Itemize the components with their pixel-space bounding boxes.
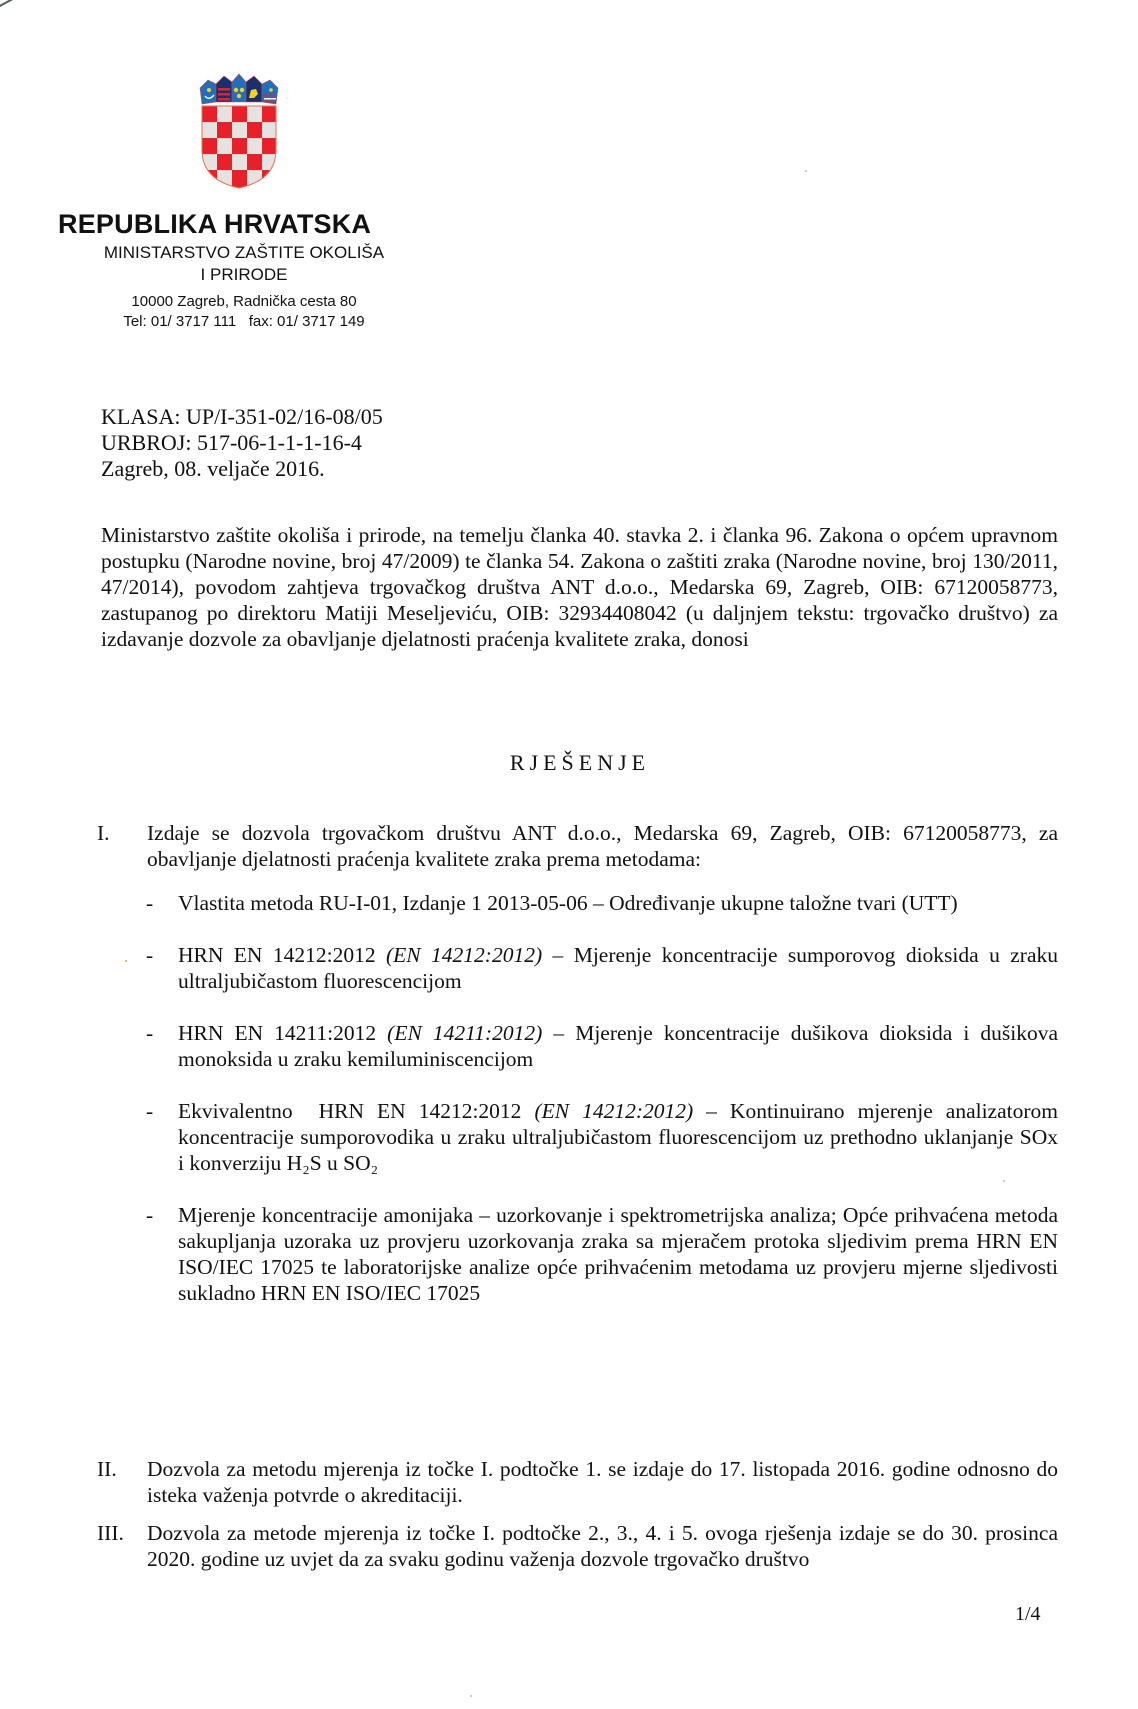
list-bullet: - (146, 890, 153, 916)
point-number: I. (97, 820, 110, 846)
point-number: III. (97, 1520, 124, 1546)
point-number: II. (97, 1456, 117, 1482)
scan-speck (470, 1695, 472, 1697)
intro-paragraph: Ministarstvo zaštite okoliša i prirode, … (101, 522, 1058, 652)
scan-speck (125, 960, 127, 962)
point-text: Dozvola za metodu mjerenja iz točke I. p… (147, 1456, 1058, 1508)
list-item: - HRN EN 14211:2012 (EN 14211:2012) – Mj… (146, 1020, 1058, 1072)
ministry-name-line1: MINISTARSTVO ZAŠTITE OKOLIŠA (60, 242, 420, 264)
method-standard: (EN 14212:2012) (534, 1099, 693, 1123)
list-item: - Ekvivalentno HRN EN 14212:2012 (EN 142… (146, 1098, 1058, 1176)
scan-speck (1003, 1180, 1005, 1182)
method-text: Vlastita metoda RU-I-01, Izdanje 1 2013-… (178, 891, 958, 915)
country-name: REPUBLIKA HRVATSKA (50, 208, 420, 240)
scan-pen-mark (0, 0, 33, 10)
klasa: KLASA: UP/I-351-02/16-08/05 (101, 404, 383, 430)
list-bullet: - (146, 1202, 153, 1228)
method-standard: (EN 14212:2012) (386, 943, 542, 967)
ministry-name-line2: I PRIRODE (60, 264, 420, 286)
place-date: Zagreb, 08. veljače 2016. (101, 456, 383, 482)
letterhead: REPUBLIKA HRVATSKA MINISTARSTVO ZAŠTITE … (60, 208, 420, 332)
method-text: HRN EN 14211:2012 (178, 1021, 387, 1045)
point-i: I. Izdaje se dozvola trgovačkom društvu … (97, 820, 1058, 872)
ministry-contact: Tel: 01/ 3717 111 fax: 01/ 3717 149 (60, 312, 420, 332)
coat-of-arms-icon (194, 70, 284, 190)
point-ii: II. Dozvola za metodu mjerenja iz točke … (97, 1456, 1058, 1508)
point-text: Dozvola za metode mjerenja iz točke I. p… (147, 1520, 1058, 1572)
list-item: - HRN EN 14212:2012 (EN 14212:2012) – Mj… (146, 942, 1058, 994)
list-item: - Mjerenje koncentracije amonijaka – uzo… (146, 1202, 1058, 1306)
list-item: - Vlastita metoda RU-I-01, Izdanje 1 201… (146, 890, 1058, 916)
urbroj: URBROJ: 517-06-1-1-1-16-4 (101, 430, 383, 456)
list-bullet: - (146, 1098, 153, 1124)
document-title: RJEŠENJE (0, 750, 1138, 776)
method-standard: (EN 14211:2012) (387, 1021, 542, 1045)
point-text: Izdaje se dozvola trgovačkom društvu ANT… (147, 820, 1058, 872)
method-text: HRN EN 14212:2012 (178, 943, 386, 967)
method-text: Ekvivalentno HRN EN 14212:2012 (178, 1099, 534, 1123)
reference-block: KLASA: UP/I-351-02/16-08/05 URBROJ: 517-… (101, 404, 383, 482)
methods-list: - Vlastita metoda RU-I-01, Izdanje 1 201… (146, 890, 1058, 1332)
list-bullet: - (146, 1020, 153, 1046)
point-iii: III. Dozvola za metode mjerenja iz točke… (97, 1520, 1058, 1572)
method-text: Mjerenje koncentracije amonijaka – uzork… (178, 1203, 1058, 1305)
page-number: 1/4 (1015, 1603, 1041, 1626)
ministry-address: 10000 Zagreb, Radnička cesta 80 (60, 292, 420, 312)
scan-speck (805, 170, 807, 172)
list-bullet: - (146, 942, 153, 968)
